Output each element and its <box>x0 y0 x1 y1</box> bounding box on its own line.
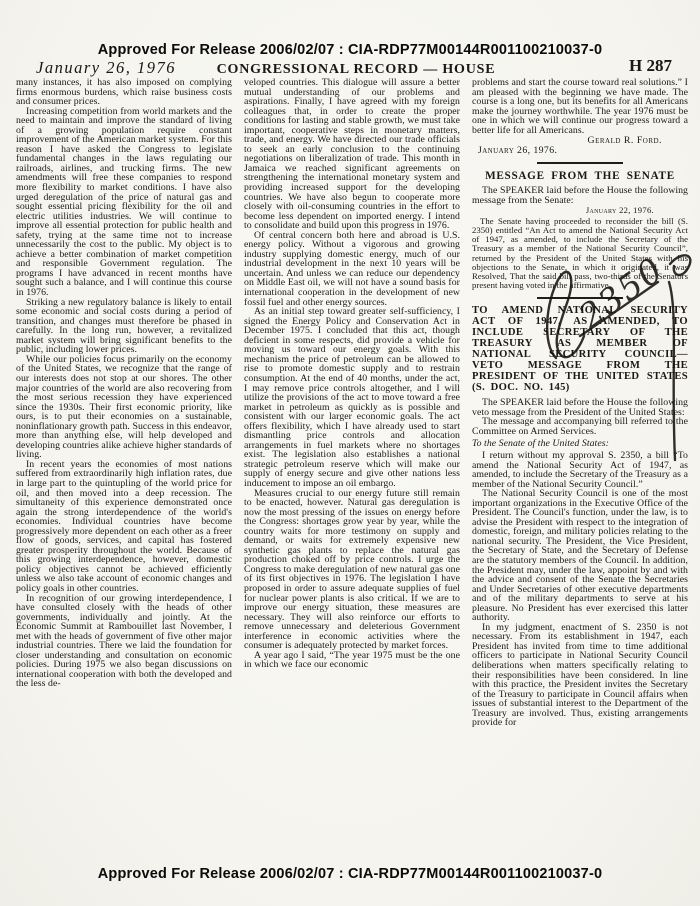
paragraph: many instances, it has also imposed on c… <box>16 78 232 107</box>
closing-paragraph: problems and start the course toward rea… <box>472 78 688 135</box>
paragraph: In recent years the economies of most na… <box>16 460 232 594</box>
publication-title: CONGRESSIONAL RECORD — HOUSE <box>217 62 496 78</box>
paragraph: As an initial step toward greater self-s… <box>244 307 460 488</box>
article-columns: many instances, it has also imposed on c… <box>16 78 688 842</box>
paragraph: Of central concern both here and abroad … <box>244 231 460 307</box>
senate-message-date: January 22, 1976. <box>472 206 688 216</box>
paragraph: In recognition of our growing interdepen… <box>16 594 232 689</box>
column-2: veloped countries. This dialogue will as… <box>244 78 460 842</box>
signature-date: January 26, 1976. <box>472 146 688 156</box>
paragraph: In my judgment, enactment of S. 2350 is … <box>472 623 688 728</box>
veto-intro-1: The SPEAKER laid before the House the fo… <box>472 398 688 417</box>
paragraph: A year ago I said, “The year 1975 must b… <box>244 651 460 670</box>
paragraph: Striking a new regulatory balance is lik… <box>16 298 232 355</box>
veto-intro-2: The message and accompanying bill referr… <box>472 417 688 436</box>
page-number: H 287 <box>629 56 672 76</box>
senate-message-text: The Senate having proceeded to reconside… <box>472 217 688 290</box>
paragraph: The National Security Council is one of … <box>472 489 688 623</box>
paragraph: While our policies focus primarily on th… <box>16 355 232 460</box>
paragraph: I return without my approval S. 2350, a … <box>472 451 688 489</box>
column-1: many instances, it has also imposed on c… <box>16 78 232 842</box>
veto-section-heading: TO AMEND NATIONAL SECURITY ACT OF 1947, … <box>472 305 688 393</box>
paragraph: Increasing competition from world market… <box>16 107 232 298</box>
issue-date: January 26, 1976 <box>36 58 176 78</box>
paragraph: Measures crucial to our energy future st… <box>244 489 460 651</box>
approval-stamp-bottom: Approved For Release 2006/02/07 : CIA-RD… <box>0 866 700 882</box>
page-header: January 26, 1976 CONGRESSIONAL RECORD — … <box>36 55 676 79</box>
senate-message-intro: The SPEAKER laid before the House the fo… <box>472 186 688 205</box>
section-divider <box>537 162 623 164</box>
paragraph: veloped countries. This dialogue will as… <box>244 78 460 231</box>
document-page: Approved For Release 2006/02/07 : CIA-RD… <box>0 0 700 906</box>
veto-message-body: I return without my approval S. 2350, a … <box>472 451 688 728</box>
salutation: To the Senate of the United States: <box>472 439 688 449</box>
section-divider <box>537 297 623 299</box>
senate-message-heading: MESSAGE FROM THE SENATE <box>472 170 688 182</box>
column-3: problems and start the course toward rea… <box>472 78 688 842</box>
